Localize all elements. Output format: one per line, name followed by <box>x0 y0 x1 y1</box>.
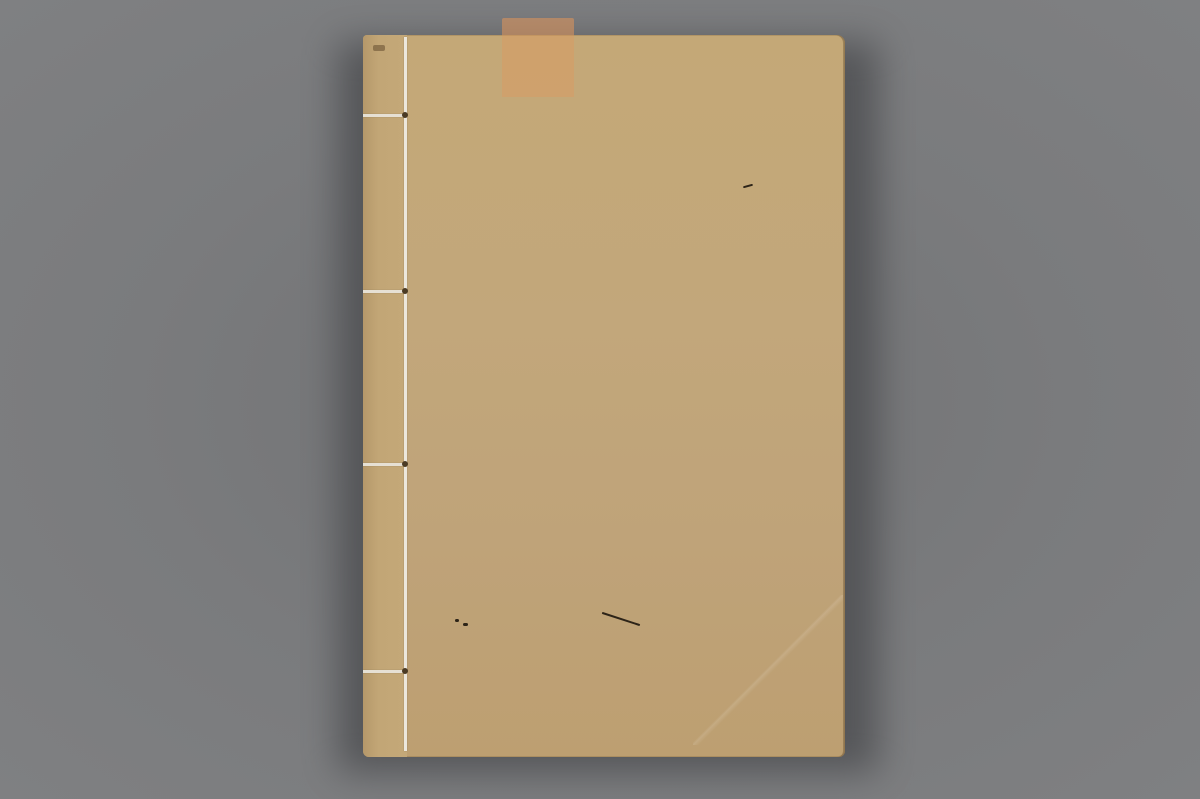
binding-thread-stitch-3 <box>363 463 406 466</box>
binding-thread-stitch-4 <box>363 670 406 673</box>
speck <box>743 184 753 189</box>
crease <box>693 595 843 745</box>
speck <box>463 623 468 626</box>
binding-thread-stitch-1 <box>363 114 406 117</box>
book-cover <box>363 35 845 757</box>
speck <box>455 619 459 622</box>
ink-mark <box>602 612 641 626</box>
title-slip-stain <box>502 35 574 97</box>
stitch-hole-3 <box>402 461 408 467</box>
stitch-hole-1 <box>402 112 408 118</box>
binding-thread-vertical <box>404 37 407 751</box>
book-spine-strip <box>363 35 407 757</box>
stitch-hole-4 <box>402 668 408 674</box>
binding-thread-stitch-2 <box>363 290 406 293</box>
stitch-hole-2 <box>402 288 408 294</box>
corner-wear <box>373 45 385 51</box>
